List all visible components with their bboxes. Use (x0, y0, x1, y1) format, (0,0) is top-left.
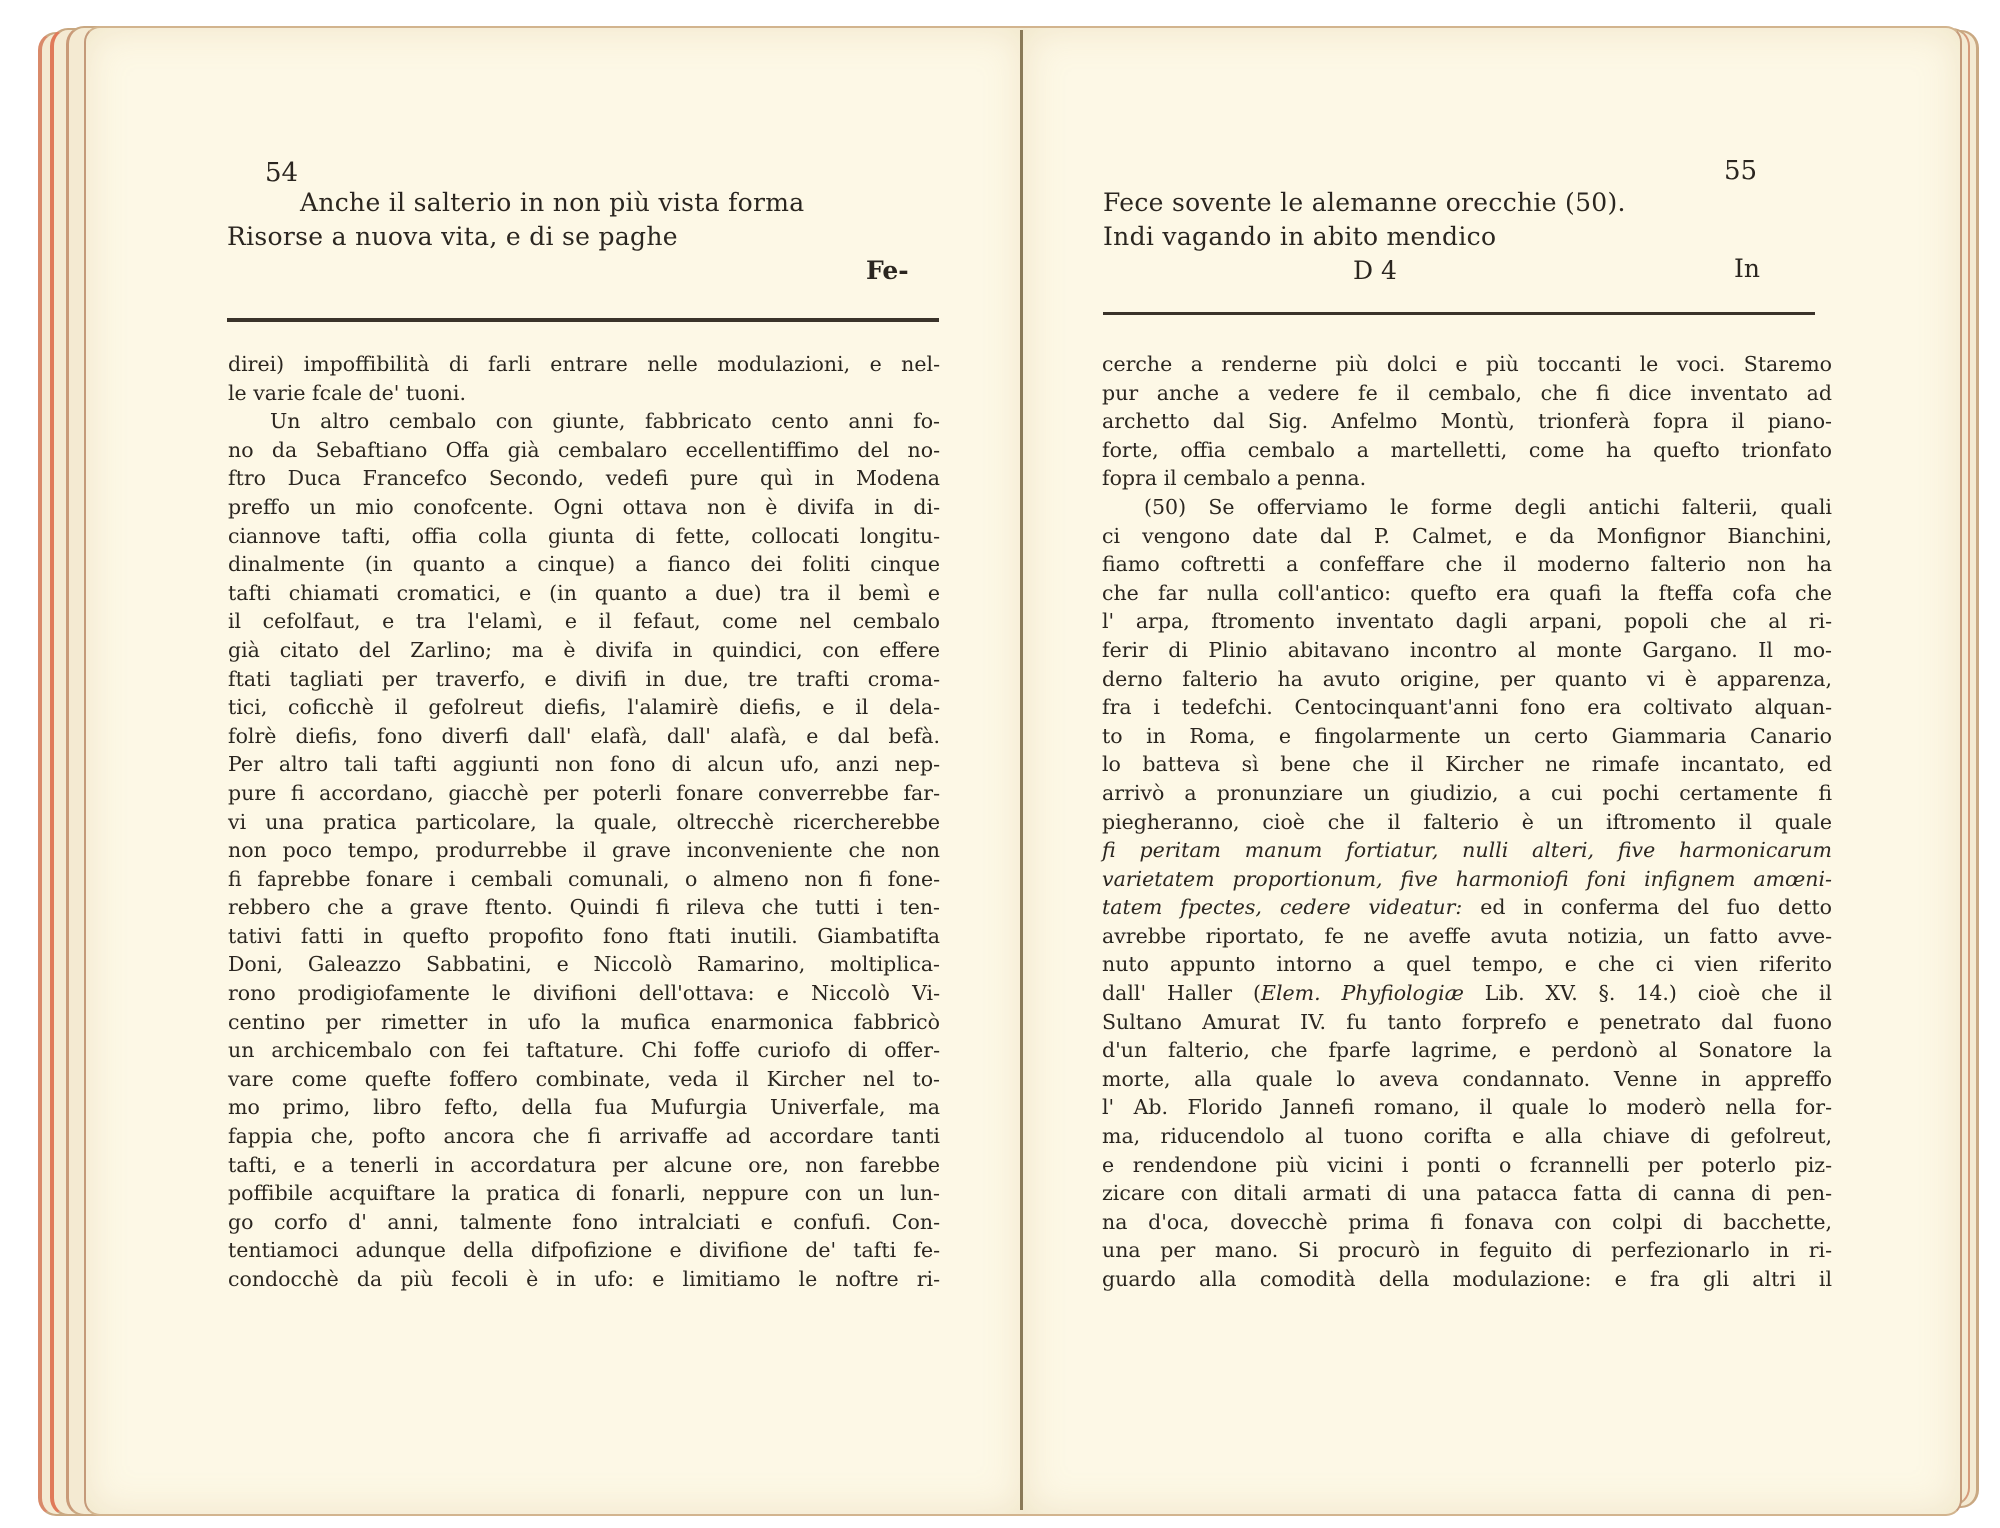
citation-title: Elem. Phyfiologiæ (1261, 981, 1464, 1005)
text-line: ferir di Plinio abitavano incontro al mo… (1102, 636, 1832, 665)
text-line: dinalmente (in quanto a cinque) a fianco… (228, 550, 940, 579)
text-line: cerche a renderne più dolci e più toccan… (1102, 350, 1832, 379)
text-line: dall' Haller (Elem. Phyfiologiæ Lib. XV.… (1102, 979, 1832, 1008)
text-line: condocchè da più fecoli è in ufo: e limi… (228, 1265, 940, 1294)
text-fragment: ed in conferma del fuo detto (1480, 895, 1832, 919)
text-line: pur anche a vedere fe il cembalo, che fi… (1102, 379, 1832, 408)
text-line: le varie fcale de' tuoni. (228, 379, 940, 408)
text-line: già citato del Zarlino; ma è divifa in q… (228, 636, 940, 665)
text-line: piegheranno, cioè che il falterio è un i… (1102, 808, 1832, 837)
text-line: fopra il cembalo a penna. (1102, 464, 1832, 493)
text-line: vi una pratica particolare, la quale, ol… (228, 808, 940, 837)
page-number: 55 (1724, 156, 1757, 186)
text-line: tentiamoci adunque della difpofizione e … (228, 1236, 940, 1265)
text-line: nuto appunto intorno a quel tempo, e che… (1102, 950, 1832, 979)
text-line: Per altro tali tafti aggiunti non fono d… (228, 750, 940, 779)
text-line: go corfo d' anni, talmente fono intralci… (228, 1208, 940, 1237)
text-line: morte, alla quale lo aveva condannato. V… (1102, 1065, 1832, 1094)
text-line: direi) impoffibilità di farli entrare ne… (228, 350, 940, 379)
text-line: tafti, e a tenerli in accordatura per al… (228, 1151, 940, 1180)
text-line: pure fi accordano, giacchè per poterli f… (228, 779, 940, 808)
text-line: fra i tedefchi. Centocinquant'anni fono … (1102, 693, 1832, 722)
text-line: arrivò a pronunziare un giudizio, a cui … (1102, 779, 1832, 808)
catchword: Fe- (866, 256, 909, 285)
text-line: d'un falterio, che fparfe lagrime, e per… (1102, 1036, 1832, 1065)
text-line: e rendendone più vicini i ponti o fcrann… (1102, 1151, 1832, 1180)
page-number: 54 (265, 158, 298, 188)
text-line: poffibile acquiftare la pratica di fonar… (228, 1179, 940, 1208)
text-fragment: Lib. XV. §. 14.) cioè che il (1485, 981, 1832, 1005)
text-line: ciannove tafti, offia colla giunta di fe… (228, 522, 940, 551)
text-line: ftati tagliati per traverfo, e divifi in… (228, 665, 940, 694)
text-line: Un altro cembalo con giunte, fabbricato … (228, 407, 940, 436)
latin-quote-fragment: tatem fpectes, cedere videatur: (1102, 895, 1462, 919)
text-line: folrè diefis, fono diverfi dall' elafà, … (228, 722, 940, 751)
text-line: mo primo, libro fefto, della fua Mufurgi… (228, 1093, 940, 1122)
section-rule (1103, 312, 1815, 315)
text-fragment: dall' Haller ( (1102, 981, 1261, 1005)
footnote-text-right: cerche a renderne più dolci e più toccan… (1102, 350, 1832, 1294)
section-rule (227, 318, 939, 322)
text-line: non poco tempo, produrrebbe il grave inc… (228, 836, 940, 865)
text-line: archetto dal Sig. Anfelmo Montù, trionfe… (1102, 407, 1832, 436)
footnote-text-left: direi) impoffibilità di farli entrare ne… (228, 350, 940, 1294)
text-line: lo batteva sì bene che il Kircher ne rim… (1102, 750, 1832, 779)
text-line: guardo alla comodità della modulazione: … (1102, 1265, 1832, 1294)
signature-mark: D 4 (1353, 256, 1397, 285)
latin-quote-line: varietatem proportionum, five harmoniofi… (1102, 865, 1832, 894)
text-line: il cefolfaut, e tra l'elamì, e il fefaut… (228, 607, 940, 636)
text-line: no da Sebaftiano Offa già cembalaro ecce… (228, 436, 940, 465)
catchword: In (1734, 254, 1760, 283)
text-line: Sultano Amurat IV. fu tanto forprefo e p… (1102, 1008, 1832, 1037)
text-line: fappia che, pofto ancora che fi arrivaff… (228, 1122, 940, 1151)
footnote-50-start: (50) Se offerviamo le forme degli antich… (1102, 493, 1832, 522)
verse-line: Risorse a nuova vita, e di se paghe (227, 220, 678, 254)
verse-line: Anche il salterio in non più vista forma (300, 186, 804, 220)
text-line: l' Ab. Florido Jannefi romano, il quale … (1102, 1093, 1832, 1122)
text-line: tativi fatti in quefto propofito fono ft… (228, 922, 940, 951)
verse-line: Fece sovente le alemanne orecchie (50). (1103, 186, 1626, 220)
text-line: un archicembalo con fei taftature. Chi f… (228, 1036, 940, 1065)
text-line: zicare con ditali armati di una patacca … (1102, 1179, 1832, 1208)
text-line: forte, offia cembalo a martelletti, come… (1102, 436, 1832, 465)
text-line: vare come quefte foffero combinate, veda… (228, 1065, 940, 1094)
text-line: derno falterio ha avuto origine, per qua… (1102, 665, 1832, 694)
text-line: fi faprebbe fonare i cembali comunali, o… (228, 865, 940, 894)
text-line: to in Roma, e fingolarmente un certo Gia… (1102, 722, 1832, 751)
text-line: centino per rimetter in ufo la mufica en… (228, 1008, 940, 1037)
text-line: Doni, Galeazzo Sabbatini, e Niccolò Rama… (228, 950, 940, 979)
text-line: avrebbe riportato, fe ne aveffe avuta no… (1102, 922, 1832, 951)
text-line: fiamo coftretti a confeffare che il mode… (1102, 550, 1832, 579)
book-gutter (1020, 30, 1023, 1510)
text-line: una per mano. Si procurò in feguito di p… (1102, 1236, 1832, 1265)
text-line: tafti chiamati cromatici, e (in quanto a… (228, 579, 940, 608)
latin-quote-line: fi peritam manum fortiatur, nulli alteri… (1102, 836, 1832, 865)
text-line: che far nulla coll'antico: quefto era qu… (1102, 579, 1832, 608)
text-line: ci vengono date dal P. Calmet, e da Monf… (1102, 522, 1832, 551)
text-line: na d'oca, dovecchè prima fi fonava con c… (1102, 1208, 1832, 1237)
text-line: ma, riducendolo al tuono corifta e alla … (1102, 1122, 1832, 1151)
book-spread: 54 Anche il salterio in non più vista fo… (0, 0, 2000, 1528)
text-line: rebbero che a grave ftento. Quindi fi ri… (228, 893, 940, 922)
text-line: ftro Duca Francefco Secondo, vedefi pure… (228, 464, 940, 493)
text-line: l' arpa, ftromento inventato dagli arpan… (1102, 607, 1832, 636)
verse-line: Indi vagando in abito mendico (1103, 220, 1496, 254)
text-line: tici, coficchè il gefolreut diefis, l'al… (228, 693, 940, 722)
text-line: rono prodigiofamente le divifioni dell'o… (228, 979, 940, 1008)
text-line: tatem fpectes, cedere videatur: ed in co… (1102, 893, 1832, 922)
text-line: preffo un mio conofcente. Ogni ottava no… (228, 493, 940, 522)
